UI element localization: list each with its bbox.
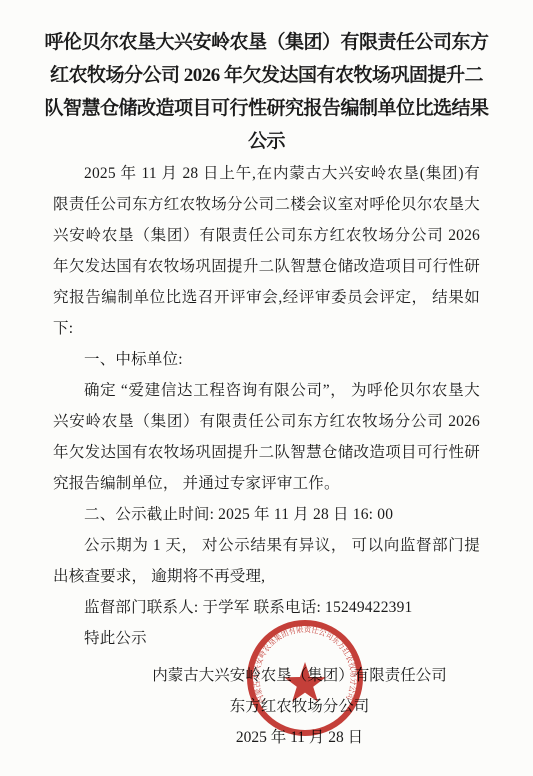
document-title: 呼伦贝尔农垦大兴安岭农垦（集团）有限责任公司东方 红农牧场分公司 2026 年欠… — [0, 0, 533, 158]
signature-company-line2: 东方红农牧场分公司 — [86, 691, 513, 722]
paragraph-closing: 特此公示 — [53, 623, 480, 654]
title-line-3: 队智慧仓储改造项目可行性研究报告编制单位比选结果 — [0, 92, 533, 125]
title-line-1: 呼伦贝尔农垦大兴安岭农垦（集团）有限责任公司东方 — [0, 26, 533, 59]
title-line-2: 红农牧场分公司 2026 年欠发达国有农牧场巩固提升二 — [0, 59, 533, 92]
signature-date: 2025 年 11 月 28 日 — [86, 722, 513, 753]
paragraph-objection: 公示期为 1 天， 对公示结果有异议， 可以向监督部门提出核查要求， 逾期将不再… — [53, 530, 480, 592]
signature-company-line1: 内蒙古大兴安岭农垦（集团）有限责任公司 — [86, 660, 513, 691]
announcement-document: 呼伦贝尔农垦大兴安岭农垦（集团）有限责任公司东方 红农牧场分公司 2026 年欠… — [0, 0, 533, 776]
paragraph-winner: 确定 “爱建信达工程咨询有限公司”， 为呼伦贝尔农垦大兴安岭农垦（集团）有限责任… — [53, 375, 480, 499]
document-body: 2025 年 11 月 28 日上午,在内蒙古大兴安岭农垦(集团)有限责任公司东… — [0, 158, 533, 753]
title-line-4: 公示 — [0, 125, 533, 158]
paragraph-contact: 监督部门联系人: 于学军 联系电话: 15249422391 — [53, 592, 480, 623]
paragraph-meeting-info: 2025 年 11 月 28 日上午,在内蒙古大兴安岭农垦(集团)有限责任公司东… — [53, 158, 480, 344]
section-heading-winner: 一、中标单位: — [53, 344, 480, 375]
section-heading-deadline: 二、公示截止时间: 2025 年 11 月 28 日 16: 00 — [53, 499, 480, 530]
signature-block: 内蒙古大兴安岭农垦（集团）有限责任公司 东方红农牧场分公司 2025 年 11 … — [86, 660, 513, 753]
